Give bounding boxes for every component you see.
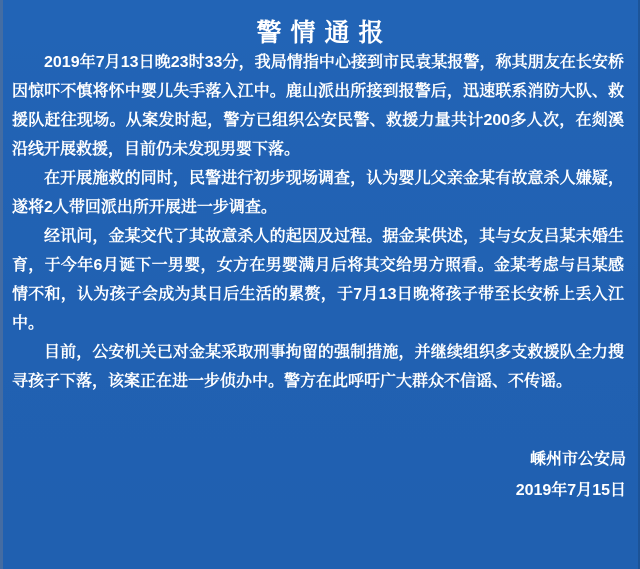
agency-signature: 嵊州市公安局 xyxy=(0,444,626,475)
notice-date: 2019年7月15日 xyxy=(0,475,626,506)
notice-signoff: 嵊州市公安局 2019年7月15日 xyxy=(0,444,640,506)
police-notice-page: 警情通报 2019年7月13日晚23时33分，我局情指中心接到市民袁某报警，称其… xyxy=(0,0,640,569)
notice-title: 警情通报 xyxy=(0,0,640,48)
notice-paragraph-confession: 经讯问，金某交代了其故意杀人的起因及过程。据金某供述，其与女友吕某未婚生育，于今… xyxy=(12,222,624,338)
notice-paragraph-measures: 目前，公安机关已对金某采取刑事拘留的强制措施，并继续组织多支救援队全力搜寻孩子下… xyxy=(12,338,624,396)
notice-paragraph-report: 2019年7月13日晚23时33分，我局情指中心接到市民袁某报警，称其朋友在长安… xyxy=(12,48,624,164)
notice-paragraph-investigation: 在开展施救的同时，民警进行初步现场调查，认为婴儿父亲金某有故意杀人嫌疑，遂将2人… xyxy=(12,164,624,222)
notice-body: 2019年7月13日晚23时33分，我局情指中心接到市民袁某报警，称其朋友在长安… xyxy=(0,48,640,396)
